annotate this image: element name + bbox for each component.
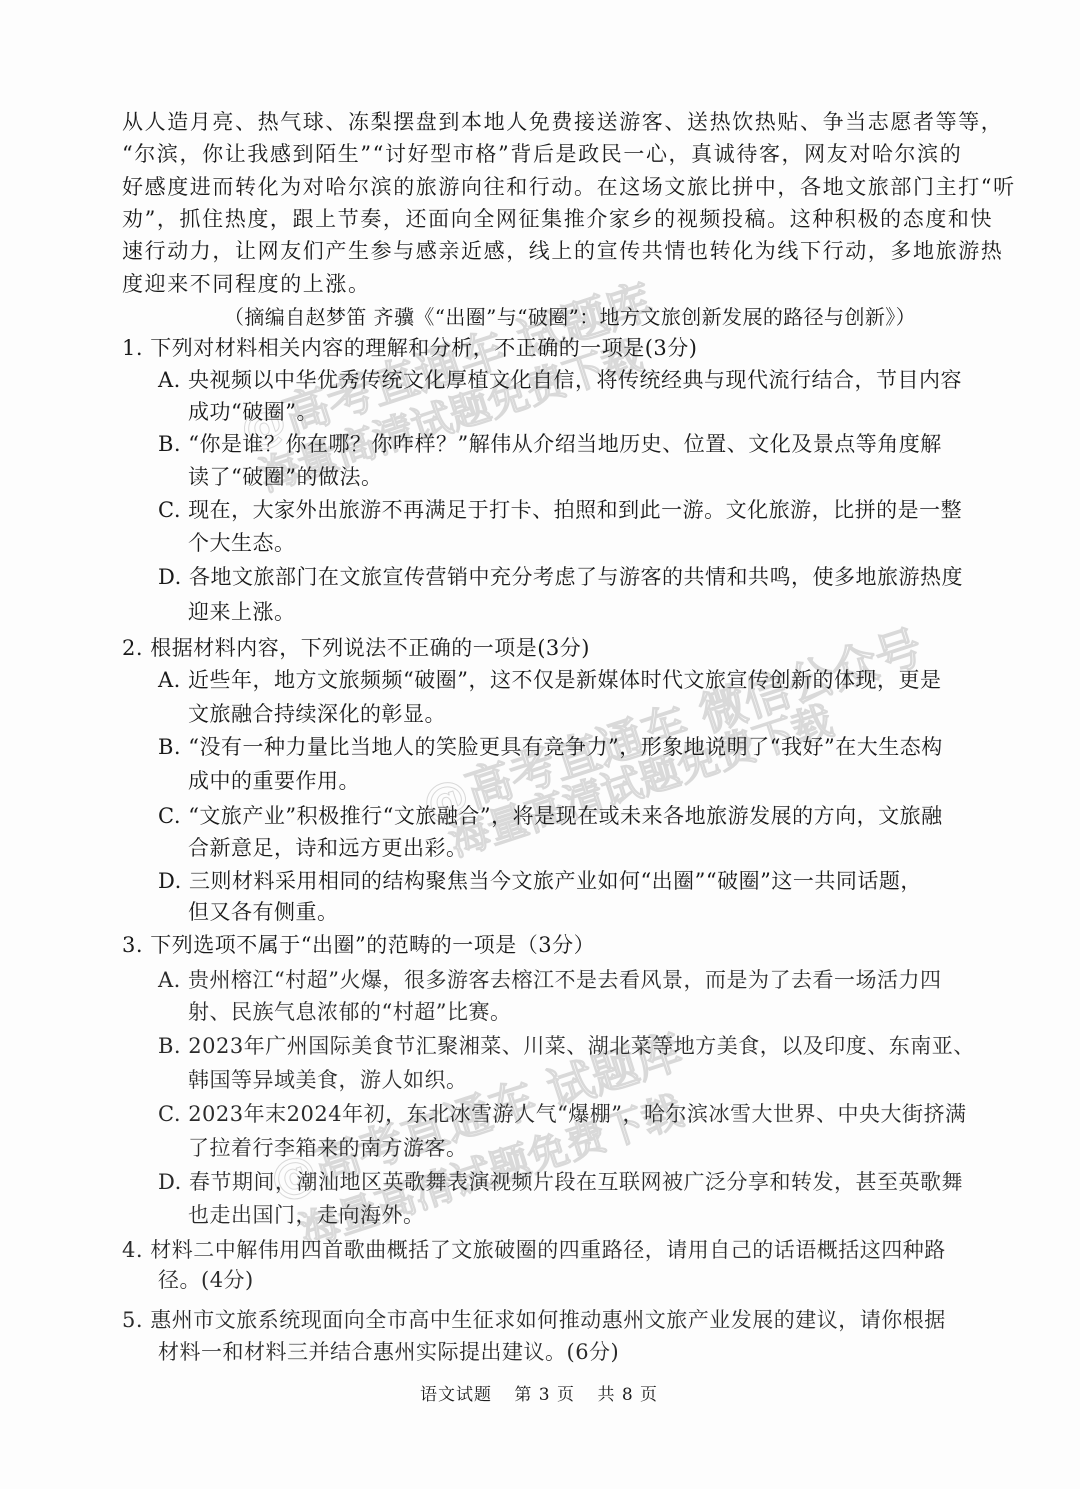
option-label: D.: [158, 869, 182, 893]
question-stem: 1. 下列对材料相关内容的理解和分析，不正确的一项是(3分): [122, 334, 697, 362]
option-label: B.: [158, 432, 181, 456]
option-a: A. 近些年，地方文旅频频“破圈”，这不仅是新媒体时代文旅宣传创新的体现，更是: [158, 666, 942, 694]
footer-page-number: 第 3 页: [514, 1385, 575, 1405]
option-label: A.: [158, 368, 181, 392]
question-stem: 2. 根据材料内容，下列说法不正确的一项是(3分): [122, 634, 590, 662]
option-a-continued: 成功“破圈”。: [188, 398, 318, 426]
option-label: A.: [158, 668, 181, 692]
option-c-continued: 个大生态。: [188, 529, 296, 557]
option-text: 2023年末2024年初，东北冰雪游人气“爆棚”，哈尔滨冰雪大世界、中央大街挤满: [188, 1102, 966, 1126]
exam-page: @高考直通车 试题库 海量高清试题免费下载 @高考直通车 微信公众号 海量高清试…: [0, 0, 1080, 1489]
option-text: 央视频以中华优秀传统文化厚植文化自信，将传统经典与现代流行结合，节目内容: [188, 368, 962, 392]
option-label: C.: [158, 498, 181, 522]
question-stem-continued: 材料一和材料三并结合惠州实际提出建议。(6分): [158, 1338, 619, 1366]
option-b-continued: 读了“破圈”的做法。: [188, 463, 382, 491]
option-text: 贵州榕江“村超”火爆，很多游客去榕江不是去看风景，而是为了去看一场活力四: [188, 968, 941, 992]
option-label: D.: [158, 565, 182, 589]
option-label: D.: [158, 1170, 182, 1194]
option-d: D. 春节期间，潮汕地区英歌舞表演视频片段在互联网被广泛分享和转发，甚至英歌舞: [158, 1168, 963, 1196]
option-b: B. “你是谁？你在哪？你咋样？”解伟从介绍当地历史、位置、文化及景点等角度解: [158, 430, 942, 458]
option-b: B. “没有一种力量比当地人的笑脸更具有竞争力”，形象地说明了“我好”在大生态构: [158, 733, 943, 761]
option-label: B.: [158, 1034, 181, 1058]
question-text: 材料二中解伟用四首歌曲概括了文旅破圈的四重路径，请用自己的话语概括这四种路: [150, 1238, 946, 1262]
option-d: D. 三则材料采用相同的结构聚焦当今文旅产业如何“出圈”“破圈”这一共同话题，: [158, 867, 922, 895]
option-b-continued: 韩国等异域美食，游人如织。: [188, 1066, 468, 1094]
question-number: 2.: [122, 636, 143, 660]
option-a-continued: 射、民族气息浓郁的“村超”比赛。: [188, 998, 511, 1026]
option-c: C. “文旅产业”积极推行“文旅融合”，将是现在或未来各地旅游发展的方向，文旅融: [158, 802, 943, 830]
option-text: 现在，大家外出旅游不再满足于打卡、拍照和到此一游。文化旅游，比拼的是一整: [188, 498, 962, 522]
option-a-continued: 文旅融合持续深化的彰显。: [188, 700, 446, 728]
option-a: A. 贵州榕江“村超”火爆，很多游客去榕江不是去看风景，而是为了去看一场活力四: [158, 966, 942, 994]
option-label: C.: [158, 1102, 181, 1126]
option-text: “你是谁？你在哪？你咋样？”解伟从介绍当地历史、位置、文化及景点等角度解: [188, 432, 941, 456]
passage-line: 从人造月亮、热气球、冻梨摆盘到本地人免费接送游客、送热饮热贴、争当志愿者等等，: [122, 108, 1003, 136]
option-b-continued: 成中的重要作用。: [188, 767, 360, 795]
option-c-continued: 合新意足，诗和远方更出彩。: [188, 834, 468, 862]
option-c: C. 现在，大家外出旅游不再满足于打卡、拍照和到此一游。文化旅游，比拼的是一整: [158, 496, 962, 524]
option-c: C. 2023年末2024年初，东北冰雪游人气“爆棚”，哈尔滨冰雪大世界、中央大…: [158, 1100, 967, 1128]
question-stem: 4. 材料二中解伟用四首歌曲概括了文旅破圈的四重路径，请用自己的话语概括这四种路: [122, 1236, 946, 1264]
option-label: A.: [158, 968, 181, 992]
option-text: 近些年，地方文旅频频“破圈”，这不仅是新媒体时代文旅宣传创新的体现，更是: [188, 668, 941, 692]
watermark: 海量高清试题免费下载: [441, 690, 839, 868]
question-text: 下列对材料相关内容的理解和分析，不正确的一项是(3分): [150, 336, 697, 360]
option-text: “没有一种力量比当地人的笑脸更具有竞争力”，形象地说明了“我好”在大生态构: [188, 735, 942, 759]
option-label: B.: [158, 735, 181, 759]
option-text: 三则材料采用相同的结构聚焦当今文旅产业如何“出圈”“破圈”这一共同话题，: [189, 869, 922, 893]
question-number: 4.: [122, 1238, 143, 1262]
question-number: 1.: [122, 336, 143, 360]
page-footer: 语文试题 第 3 页 共 8 页: [420, 1380, 674, 1405]
footer-subject: 语文试题: [420, 1385, 492, 1405]
question-stem: 5. 惠州市文旅系统现面向全市高中生征求如何推动惠州文旅产业发展的建议，请你根据: [122, 1306, 946, 1334]
option-text: 各地文旅部门在文旅宣传营销中充分考虑了与游客的共情和共鸣，使多地旅游热度: [189, 565, 963, 589]
question-stem: 3. 下列选项不属于“出圈”的范畴的一项是（3分）: [122, 931, 595, 959]
passage-line: “尔滨，你让我感到陌生”“讨好型市格”背后是政民一心，真诚待客，网友对哈尔滨的: [122, 140, 962, 168]
option-d: D. 各地文旅部门在文旅宣传营销中充分考虑了与游客的共情和共鸣，使多地旅游热度: [158, 563, 963, 591]
option-label: C.: [158, 804, 181, 828]
option-d-continued: 也走出国门，走向海外。: [188, 1201, 425, 1229]
option-c-continued: 了拉着行李箱来的南方游客。: [188, 1134, 468, 1162]
question-stem-continued: 径。(4分): [158, 1266, 254, 1294]
question-text: 惠州市文旅系统现面向全市高中生征求如何推动惠州文旅产业发展的建议，请你根据: [150, 1308, 946, 1332]
question-text: 根据材料内容，下列说法不正确的一项是(3分): [150, 636, 590, 660]
question-text: 下列选项不属于“出圈”的范畴的一项是（3分）: [150, 933, 595, 957]
question-number: 5.: [122, 1308, 143, 1332]
option-text: “文旅产业”积极推行“文旅融合”，将是现在或未来各地旅游发展的方向，文旅融: [188, 804, 942, 828]
passage-line: 度迎来不同程度的上涨。: [122, 270, 371, 298]
passage-line: 好感度进而转化为对哈尔滨的旅游向往和行动。在这场文旅比拼中，各地文旅部门主打“听: [122, 173, 1016, 201]
footer-total-pages: 共 8 页: [597, 1385, 658, 1405]
option-d-continued: 但又各有侧重。: [188, 898, 339, 926]
option-b: B. 2023年广州国际美食节汇聚湘菜、川菜、湖北菜等地方美食，以及印度、东南亚…: [158, 1032, 975, 1060]
option-a: A. 央视频以中华优秀传统文化厚植文化自信，将传统经典与现代流行结合，节目内容: [158, 366, 962, 394]
option-text: 2023年广州国际美食节汇聚湘菜、川菜、湖北菜等地方美食，以及印度、东南亚、: [188, 1034, 974, 1058]
question-number: 3.: [122, 933, 143, 957]
passage-source: （摘编自赵梦笛 齐骥《“出圈”与“破圈”：地方文旅创新发展的路径与创新》）: [224, 303, 916, 331]
passage-line: 劝”，抓住热度，跟上节奏，还面向全网征集推介家乡的视频投稿。这种积极的态度和快: [122, 205, 993, 233]
option-text: 春节期间，潮汕地区英歌舞表演视频片段在互联网被广泛分享和转发，甚至英歌舞: [189, 1170, 963, 1194]
passage-line: 速行动力，让网友们产生参与感亲近感，线上的宣传共情也转化为线下行动，多地旅游热: [122, 237, 1003, 265]
option-d-continued: 迎来上涨。: [188, 598, 296, 626]
